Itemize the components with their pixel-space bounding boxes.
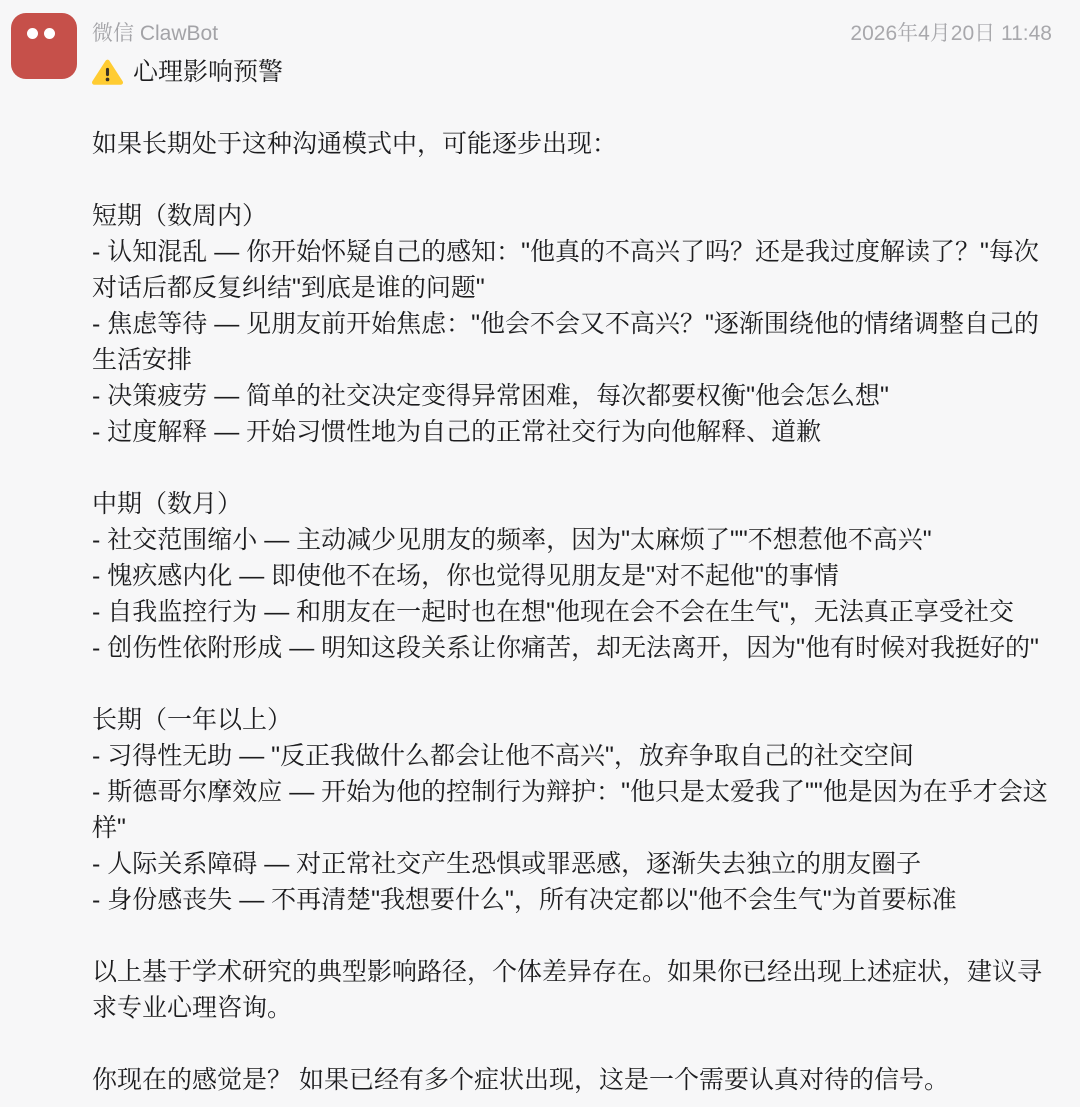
message-content: 微信 ClawBot 2026年4月20日 11:48 心理影响预警 如果长期处… xyxy=(92,0,1052,1098)
message-title: 心理影响预警 xyxy=(133,54,283,90)
section-item: - 认知混乱 — 你开始怀疑自己的感知："他真的不高兴了吗？还是我过度解读了？"… xyxy=(92,234,1052,306)
section-item: - 身份感丧失 — 不再清楚"我想要什么"，所有决定都以"他不会生气"为首要标准 xyxy=(92,882,1052,918)
avatar-dot xyxy=(27,28,38,39)
avatar-dot xyxy=(44,28,55,39)
section-item: - 习得性无助 — "反正我做什么都会让他不高兴"，放弃争取自己的社交空间 xyxy=(92,738,1052,774)
section-item: - 人际关系障碍 — 对正常社交产生恐惧或罪恶感，逐渐失去独立的朋友圈子 xyxy=(92,846,1052,882)
section-heading: 长期（一年以上） xyxy=(92,702,1052,738)
section-item: - 斯德哥尔摩效应 — 开始为他的控制行为辩护："他只是太爱我了""他是因为在乎… xyxy=(92,774,1052,846)
avatar[interactable] xyxy=(11,13,77,79)
warning-icon xyxy=(92,58,123,86)
section-heading: 中期（数月） xyxy=(92,486,1052,522)
section-heading: 短期（数周内） xyxy=(92,198,1052,234)
disclaimer-paragraph: 以上基于学术研究的典型影响路径，个体差异存在。如果你已经出现上述症状，建议寻求专… xyxy=(92,954,1052,1026)
section-item: - 自我监控行为 — 和朋友在一起时也在想"他现在会不会在生气"，无法真正享受社… xyxy=(92,594,1052,630)
avatar-dots-icon xyxy=(27,28,55,39)
section-long-term: 长期（一年以上） - 习得性无助 — "反正我做什么都会让他不高兴"，放弃争取自… xyxy=(92,702,1052,918)
message-title-row: 心理影响预警 xyxy=(92,54,1052,90)
sender-name: 微信 ClawBot xyxy=(92,20,218,48)
message-header: 微信 ClawBot 2026年4月20日 11:48 xyxy=(92,0,1052,48)
section-item: - 焦虑等待 — 见朋友前开始焦虑："他会不会又不高兴？"逐渐围绕他的情绪调整自… xyxy=(92,306,1052,378)
section-item: - 过度解释 — 开始习惯性地为自己的正常社交行为向他解释、道歉 xyxy=(92,414,1052,450)
chat-message-panel: 微信 ClawBot 2026年4月20日 11:48 心理影响预警 如果长期处… xyxy=(0,0,1080,1107)
section-mid-term: 中期（数月） - 社交范围缩小 — 主动减少见朋友的频率，因为"太麻烦了""不想… xyxy=(92,486,1052,666)
section-item: - 决策疲劳 — 简单的社交决定变得异常困难，每次都要权衡"他会怎么想" xyxy=(92,378,1052,414)
closing-paragraph: 你现在的感觉是？ 如果已经有多个症状出现，这是一个需要认真对待的信号。 xyxy=(92,1062,1052,1098)
section-item: - 愧疚感内化 — 即使他不在场，你也觉得见朋友是"对不起他"的事情 xyxy=(92,558,1052,594)
intro-paragraph: 如果长期处于这种沟通模式中，可能逐步出现： xyxy=(92,126,1052,162)
section-item: - 创伤性依附形成 — 明知这段关系让你痛苦，却无法离开，因为"他有时候对我挺好… xyxy=(92,630,1052,666)
section-item: - 社交范围缩小 — 主动减少见朋友的频率，因为"太麻烦了""不想惹他不高兴" xyxy=(92,522,1052,558)
message-timestamp: 2026年4月20日 11:48 xyxy=(850,20,1052,48)
section-short-term: 短期（数周内） - 认知混乱 — 你开始怀疑自己的感知："他真的不高兴了吗？还是… xyxy=(92,198,1052,450)
